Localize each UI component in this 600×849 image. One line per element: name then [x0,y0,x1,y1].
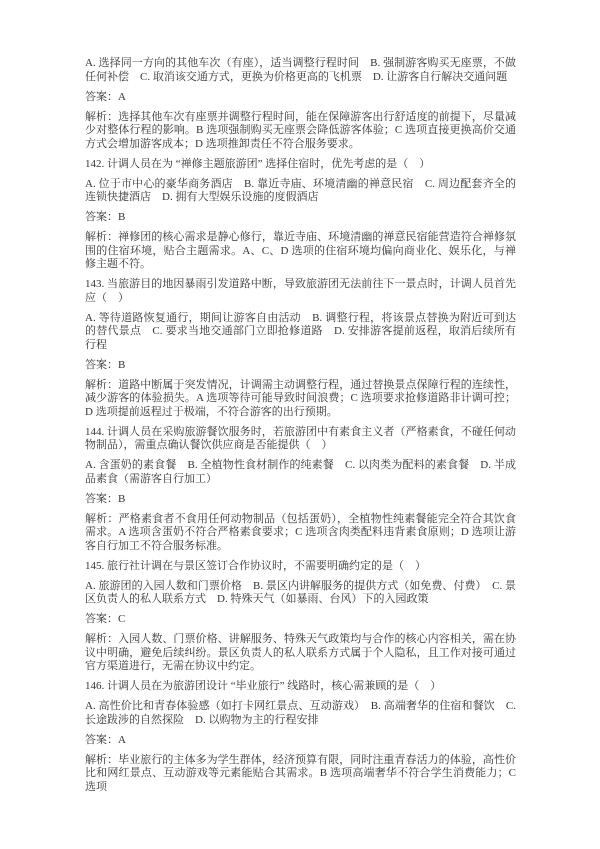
question-143-stem: 143. 当旅游目的地因暴雨引发道路中断，导致旅游团无法前往下一景点时，计调人员… [85,278,516,305]
question-141-analysis: 解析：选择其他车次有座票并调整行程时间，能在保障游客出行舒适度的前提下，尽量减少… [85,111,516,152]
question-146-answer: 答案：A [85,734,516,748]
question-146-stem: 146. 计调人员在为旅游团设计 “毕业旅行” 线路时，核心需兼顾的是（ ） [85,680,516,694]
question-141-options: A. 选择同一方向的其他车次（有座），适当调整行程时间 B. 强制游客购买无座票… [85,57,516,84]
question-145-options: A. 旅游团的入园人数和门票价格 B. 景区内讲解服务的提供方式（如免费、付费）… [85,580,516,607]
question-143-answer: 答案：B [85,359,516,373]
question-144-analysis: 解析：严格素食者不食用任何动物制品（包括蛋奶），全植物性纯素餐能完全符合其饮食需… [85,513,516,554]
question-146-analysis: 解析：毕业旅行的主体多为学生群体，经济预算有限，同时注重青春活力的体验，高性价比… [85,754,516,795]
question-146-options: A. 高性价比和青春体验感（如打卡网红景点、互动游戏） B. 高端奢华的住宿和餐… [85,700,516,727]
question-144-stem: 144. 计调人员在采购旅游餐饮服务时，若旅游团中有素食主义者（严格素食，不碰任… [85,426,516,453]
question-144-answer: 答案：B [85,493,516,507]
question-142-options: A. 位于市中心的豪华商务酒店 B. 靠近寺庙、环境清幽的禅意民宿 C. 周边配… [85,178,516,205]
question-141-answer: 答案：A [85,91,516,105]
question-142-stem: 142. 计调人员在为 “禅修主题旅游团” 选择住宿时，优先考虑的是（ ） [85,158,516,172]
document-page: A. 选择同一方向的其他车次（有座），适当调整行程时间 B. 强制游客购买无座票… [0,0,600,849]
question-145-stem: 145. 旅行社计调在与景区签订合作协议时，不需要明确约定的是（ ） [85,560,516,574]
question-145-analysis: 解析：入园人数、门票价格、讲解服务、特殊天气政策均与合作的核心内容相关，需在协议… [85,633,516,674]
question-142-answer: 答案：B [85,211,516,225]
question-143-options: A. 等待道路恢复通行，期间让游客自由活动 B. 调整行程，将该景点替换为附近可… [85,312,516,353]
question-145-answer: 答案：C [85,613,516,627]
question-142-analysis: 解析：禅修团的核心需求是静心修行，靠近寺庙、环境清幽的禅意民宿能营造符合禅修氛围… [85,231,516,272]
question-143-analysis: 解析：道路中断属于突发情况，计调需主动调整行程，通过替换景点保障行程的连续性，减… [85,379,516,420]
question-144-options: A. 含蛋奶的素食餐 B. 全植物性食材制作的纯素餐 C. 以肉类为配料的素食餐… [85,459,516,486]
